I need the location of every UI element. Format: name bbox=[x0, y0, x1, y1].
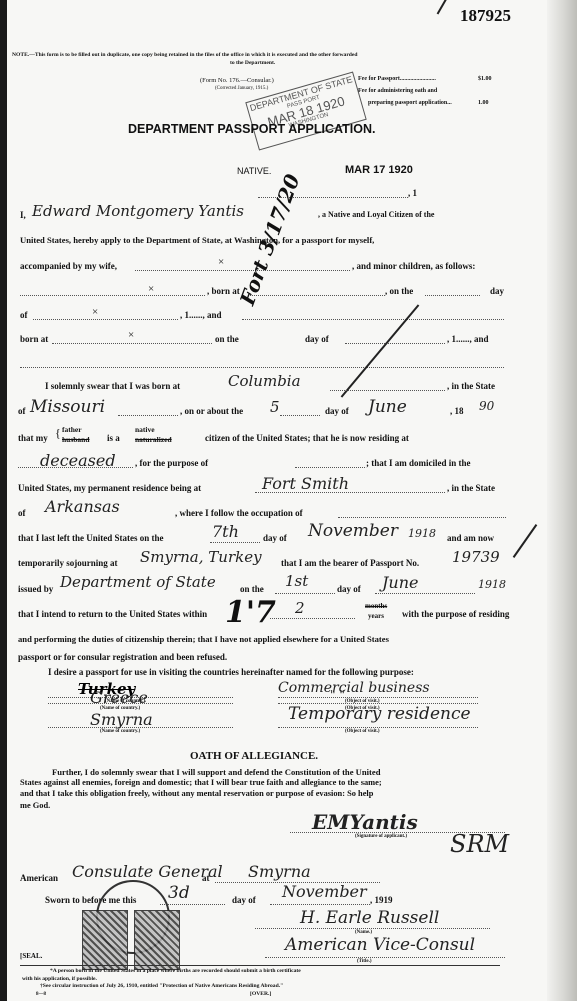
official-title: American Vice-Consul bbox=[285, 935, 475, 955]
left-day-of: day of bbox=[263, 533, 287, 543]
fee-oath-label2: preparing passport application... bbox=[368, 100, 452, 106]
footnote-1b: with his application, if possible. bbox=[22, 976, 97, 982]
date-line-year: , 1 bbox=[408, 188, 417, 198]
intro-prefix: I, bbox=[20, 210, 26, 220]
father-residence: deceased bbox=[40, 451, 116, 470]
birth-state: Missouri bbox=[30, 397, 105, 417]
passport-text: that I am the bearer of Passport No. bbox=[281, 558, 419, 568]
occupation-field bbox=[338, 517, 506, 518]
of-label: of bbox=[18, 508, 26, 518]
domiciled-text: ; that I am domiciled in the bbox=[366, 458, 471, 468]
brace-open: { bbox=[55, 426, 61, 441]
left-day-field bbox=[210, 542, 260, 543]
of-state-label: of bbox=[18, 406, 26, 416]
object-2: " " bbox=[330, 688, 345, 702]
born-at2-label: born at bbox=[20, 334, 48, 344]
handwritten-mark: 1'7 bbox=[225, 595, 276, 630]
child-birthplace-field bbox=[250, 295, 385, 296]
child-month-value: × bbox=[92, 306, 98, 318]
return-value: 2 bbox=[295, 599, 305, 617]
country-2-field bbox=[48, 703, 233, 704]
left-prefix: that I last left the United States on th… bbox=[18, 533, 164, 543]
day-of-label: day of bbox=[325, 406, 349, 416]
on-the-label: , on the bbox=[385, 286, 413, 296]
sworn-month: November bbox=[282, 882, 367, 901]
child2-month-field bbox=[345, 343, 445, 344]
husband-option-struck: husband bbox=[62, 435, 90, 444]
note: NOTE.—This form is to be filled out in d… bbox=[12, 52, 358, 58]
official-title-field bbox=[265, 957, 505, 958]
issued-by: Department of State bbox=[60, 573, 216, 591]
country-label: (Name of country.) bbox=[100, 729, 140, 734]
date-stamp: MAR 17 1920 bbox=[345, 164, 413, 176]
form-corrected: (Corrected January, 1915.) bbox=[215, 86, 268, 91]
child-day-field bbox=[425, 295, 480, 296]
birth-year-prefix: , 18 bbox=[450, 406, 464, 416]
official-name: H. Earle Russell bbox=[300, 908, 439, 928]
fee-passport-value: $1.00 bbox=[478, 76, 492, 82]
consulate-prefix: American bbox=[20, 873, 58, 883]
application-type: NATIVE. bbox=[237, 166, 271, 176]
initials: SRM bbox=[450, 830, 509, 858]
perform-line: and performing the duties of citizenship… bbox=[18, 634, 389, 644]
title-label: (Title.) bbox=[357, 959, 372, 964]
issued-day: 1st bbox=[285, 572, 308, 590]
year-and-label: , 1......, and bbox=[180, 310, 222, 320]
issued-prefix: issued by bbox=[18, 584, 53, 594]
country-3-field bbox=[48, 727, 233, 728]
sworn-day-of: day of bbox=[232, 895, 256, 905]
object-1: Commercial business bbox=[278, 680, 430, 696]
child2-birthplace-field bbox=[52, 343, 212, 344]
revenue-stamp bbox=[134, 910, 180, 970]
intro-suffix: , a Native and Loyal Citizen of the bbox=[318, 210, 434, 219]
note-cont: to the Department. bbox=[230, 60, 275, 66]
intro-line2: United States, hereby apply to the Depar… bbox=[20, 235, 374, 245]
citizen-text: citizen of the United States; that he is… bbox=[205, 433, 409, 443]
birth-state-field bbox=[118, 415, 178, 416]
day-of-label: day of bbox=[305, 334, 329, 344]
passport-number: 19739 bbox=[452, 548, 500, 566]
scan-right-edge bbox=[547, 0, 577, 1001]
residence-suffix: , in the State bbox=[447, 483, 495, 493]
issued-on: on the bbox=[240, 584, 264, 594]
native-option: native bbox=[135, 425, 155, 434]
naturalized-option-struck: naturalized bbox=[135, 435, 172, 444]
occupation-text: , where I follow the occupation of bbox=[175, 508, 303, 518]
wife-field bbox=[135, 270, 350, 271]
residence-city-field bbox=[255, 492, 445, 493]
footnote-divider bbox=[20, 965, 500, 966]
consulate: Consulate General bbox=[72, 862, 223, 881]
fee-oath-label: Fee for administering oath and bbox=[358, 88, 437, 94]
is-a-label: is a bbox=[107, 433, 120, 443]
on-or-about-label: , on or about the bbox=[180, 406, 243, 416]
left-month: November bbox=[308, 521, 398, 541]
issued-month: June bbox=[382, 573, 419, 592]
father-option: father bbox=[62, 425, 82, 434]
check-mark bbox=[437, 0, 454, 14]
of-label: of bbox=[20, 310, 28, 320]
birth-day: 5 bbox=[270, 398, 280, 416]
consular-seal-with-stamps bbox=[82, 880, 190, 970]
margin-mark bbox=[513, 524, 538, 558]
birth-day-field bbox=[280, 415, 320, 416]
born-at-label: , born at bbox=[207, 286, 240, 296]
object-label: (Object of visit.) bbox=[345, 729, 380, 734]
passport-application-page: 187925 NOTE.—This form is to be filled o… bbox=[0, 0, 577, 1001]
at-label: at bbox=[202, 873, 210, 883]
signature-label: (Signature of applicant.) bbox=[355, 834, 407, 839]
sworn-month-field bbox=[270, 904, 370, 905]
seal-label: [SEAL. bbox=[20, 952, 42, 960]
return-prefix: that I intend to return to the United St… bbox=[18, 609, 207, 619]
years-option: years bbox=[368, 612, 384, 620]
serial-number: 187925 bbox=[460, 6, 511, 26]
footnote-1: *A person born in the United States in a… bbox=[50, 968, 301, 974]
left-year: 1918 bbox=[408, 527, 436, 540]
months-option-struck: months bbox=[365, 602, 387, 610]
issued-day-of: day of bbox=[337, 584, 361, 594]
oath-text-4: me God. bbox=[20, 801, 50, 810]
countries-intro: I desire a passport for use in visiting … bbox=[48, 667, 414, 677]
purpose-text: , for the purpose of bbox=[135, 458, 208, 468]
scan-left-border bbox=[0, 0, 7, 1001]
sojourn-prefix: temporarily sojourning at bbox=[18, 558, 118, 568]
birth-prefix: I solemnly swear that I was born at bbox=[45, 381, 180, 391]
child2-name-field bbox=[242, 319, 504, 320]
issued-year: 1918 bbox=[478, 578, 506, 591]
object-3-field bbox=[278, 727, 478, 728]
birth-year: 90 bbox=[479, 399, 494, 413]
wife-prefix: accompanied by my wife, bbox=[20, 261, 117, 271]
purpose-field bbox=[295, 467, 365, 468]
left-day: 7th bbox=[212, 522, 239, 541]
left-suffix: and am now bbox=[447, 533, 494, 543]
page-title: DEPARTMENT PASSPORT APPLICATION. bbox=[128, 122, 375, 136]
blank-line bbox=[20, 367, 504, 368]
refused-line: passport or for consular registration an… bbox=[18, 652, 227, 662]
return-suffix: with the purpose of residing bbox=[402, 609, 509, 619]
birthplace-field bbox=[330, 390, 445, 391]
birthplace: Columbia bbox=[228, 372, 301, 390]
child-month-field bbox=[33, 319, 178, 320]
sworn-year: , 1919 bbox=[370, 895, 393, 905]
over-label: [OVER.] bbox=[250, 991, 271, 997]
residence-city: Fort Smith bbox=[262, 474, 349, 493]
printer-mark: 8—8 bbox=[36, 992, 46, 997]
residence-state: Arkansas bbox=[45, 497, 120, 516]
object-3: Temporary residence bbox=[288, 704, 471, 724]
country-2: Greece bbox=[90, 688, 148, 707]
oath-title: OATH OF ALLEGIANCE. bbox=[190, 750, 318, 762]
birth-month: June bbox=[368, 397, 407, 417]
child2-birthplace-value: × bbox=[128, 329, 134, 341]
residence-prefix: United States, my permanent residence be… bbox=[18, 483, 201, 493]
fee-oath-value: 1.00 bbox=[478, 100, 489, 106]
issued-month-field bbox=[375, 593, 475, 594]
applicant-signature: EMYantis bbox=[312, 810, 418, 834]
in-state-label: , in the State bbox=[447, 381, 495, 391]
sojourn-place: Smyrna, Turkey bbox=[140, 548, 262, 566]
footnote-2: †See circular instruction of July 26, 19… bbox=[40, 983, 283, 989]
oath-text-2: States against all enemies, foreign and … bbox=[20, 778, 382, 787]
oath-text-3: and that I take this obligation freely, … bbox=[20, 789, 373, 798]
object-1-field bbox=[278, 697, 478, 698]
wife-value: × bbox=[218, 256, 224, 268]
applicant-name: Edward Montgomery Yantis bbox=[32, 202, 244, 220]
oath-text-1: Further, I do solemnly swear that I will… bbox=[52, 767, 381, 777]
day-label: day bbox=[490, 286, 504, 296]
official-name-field bbox=[255, 928, 490, 929]
form-number: (Form No. 176.—Consular.) bbox=[200, 77, 274, 84]
wife-suffix: , and minor children, as follows: bbox=[352, 261, 475, 271]
fee-passport-label: Fee for Passport........................ bbox=[358, 76, 436, 82]
child-name-field bbox=[20, 295, 205, 296]
consulate-city: Smyrna bbox=[248, 862, 311, 881]
issued-day-field bbox=[275, 593, 335, 594]
revenue-stamp bbox=[82, 910, 128, 970]
year-and2-label: , 1......, and bbox=[447, 334, 489, 344]
child-value: × bbox=[148, 283, 154, 295]
on-the2-label: on the bbox=[215, 334, 239, 344]
return-field bbox=[270, 618, 355, 619]
father-prefix: that my bbox=[18, 433, 48, 443]
